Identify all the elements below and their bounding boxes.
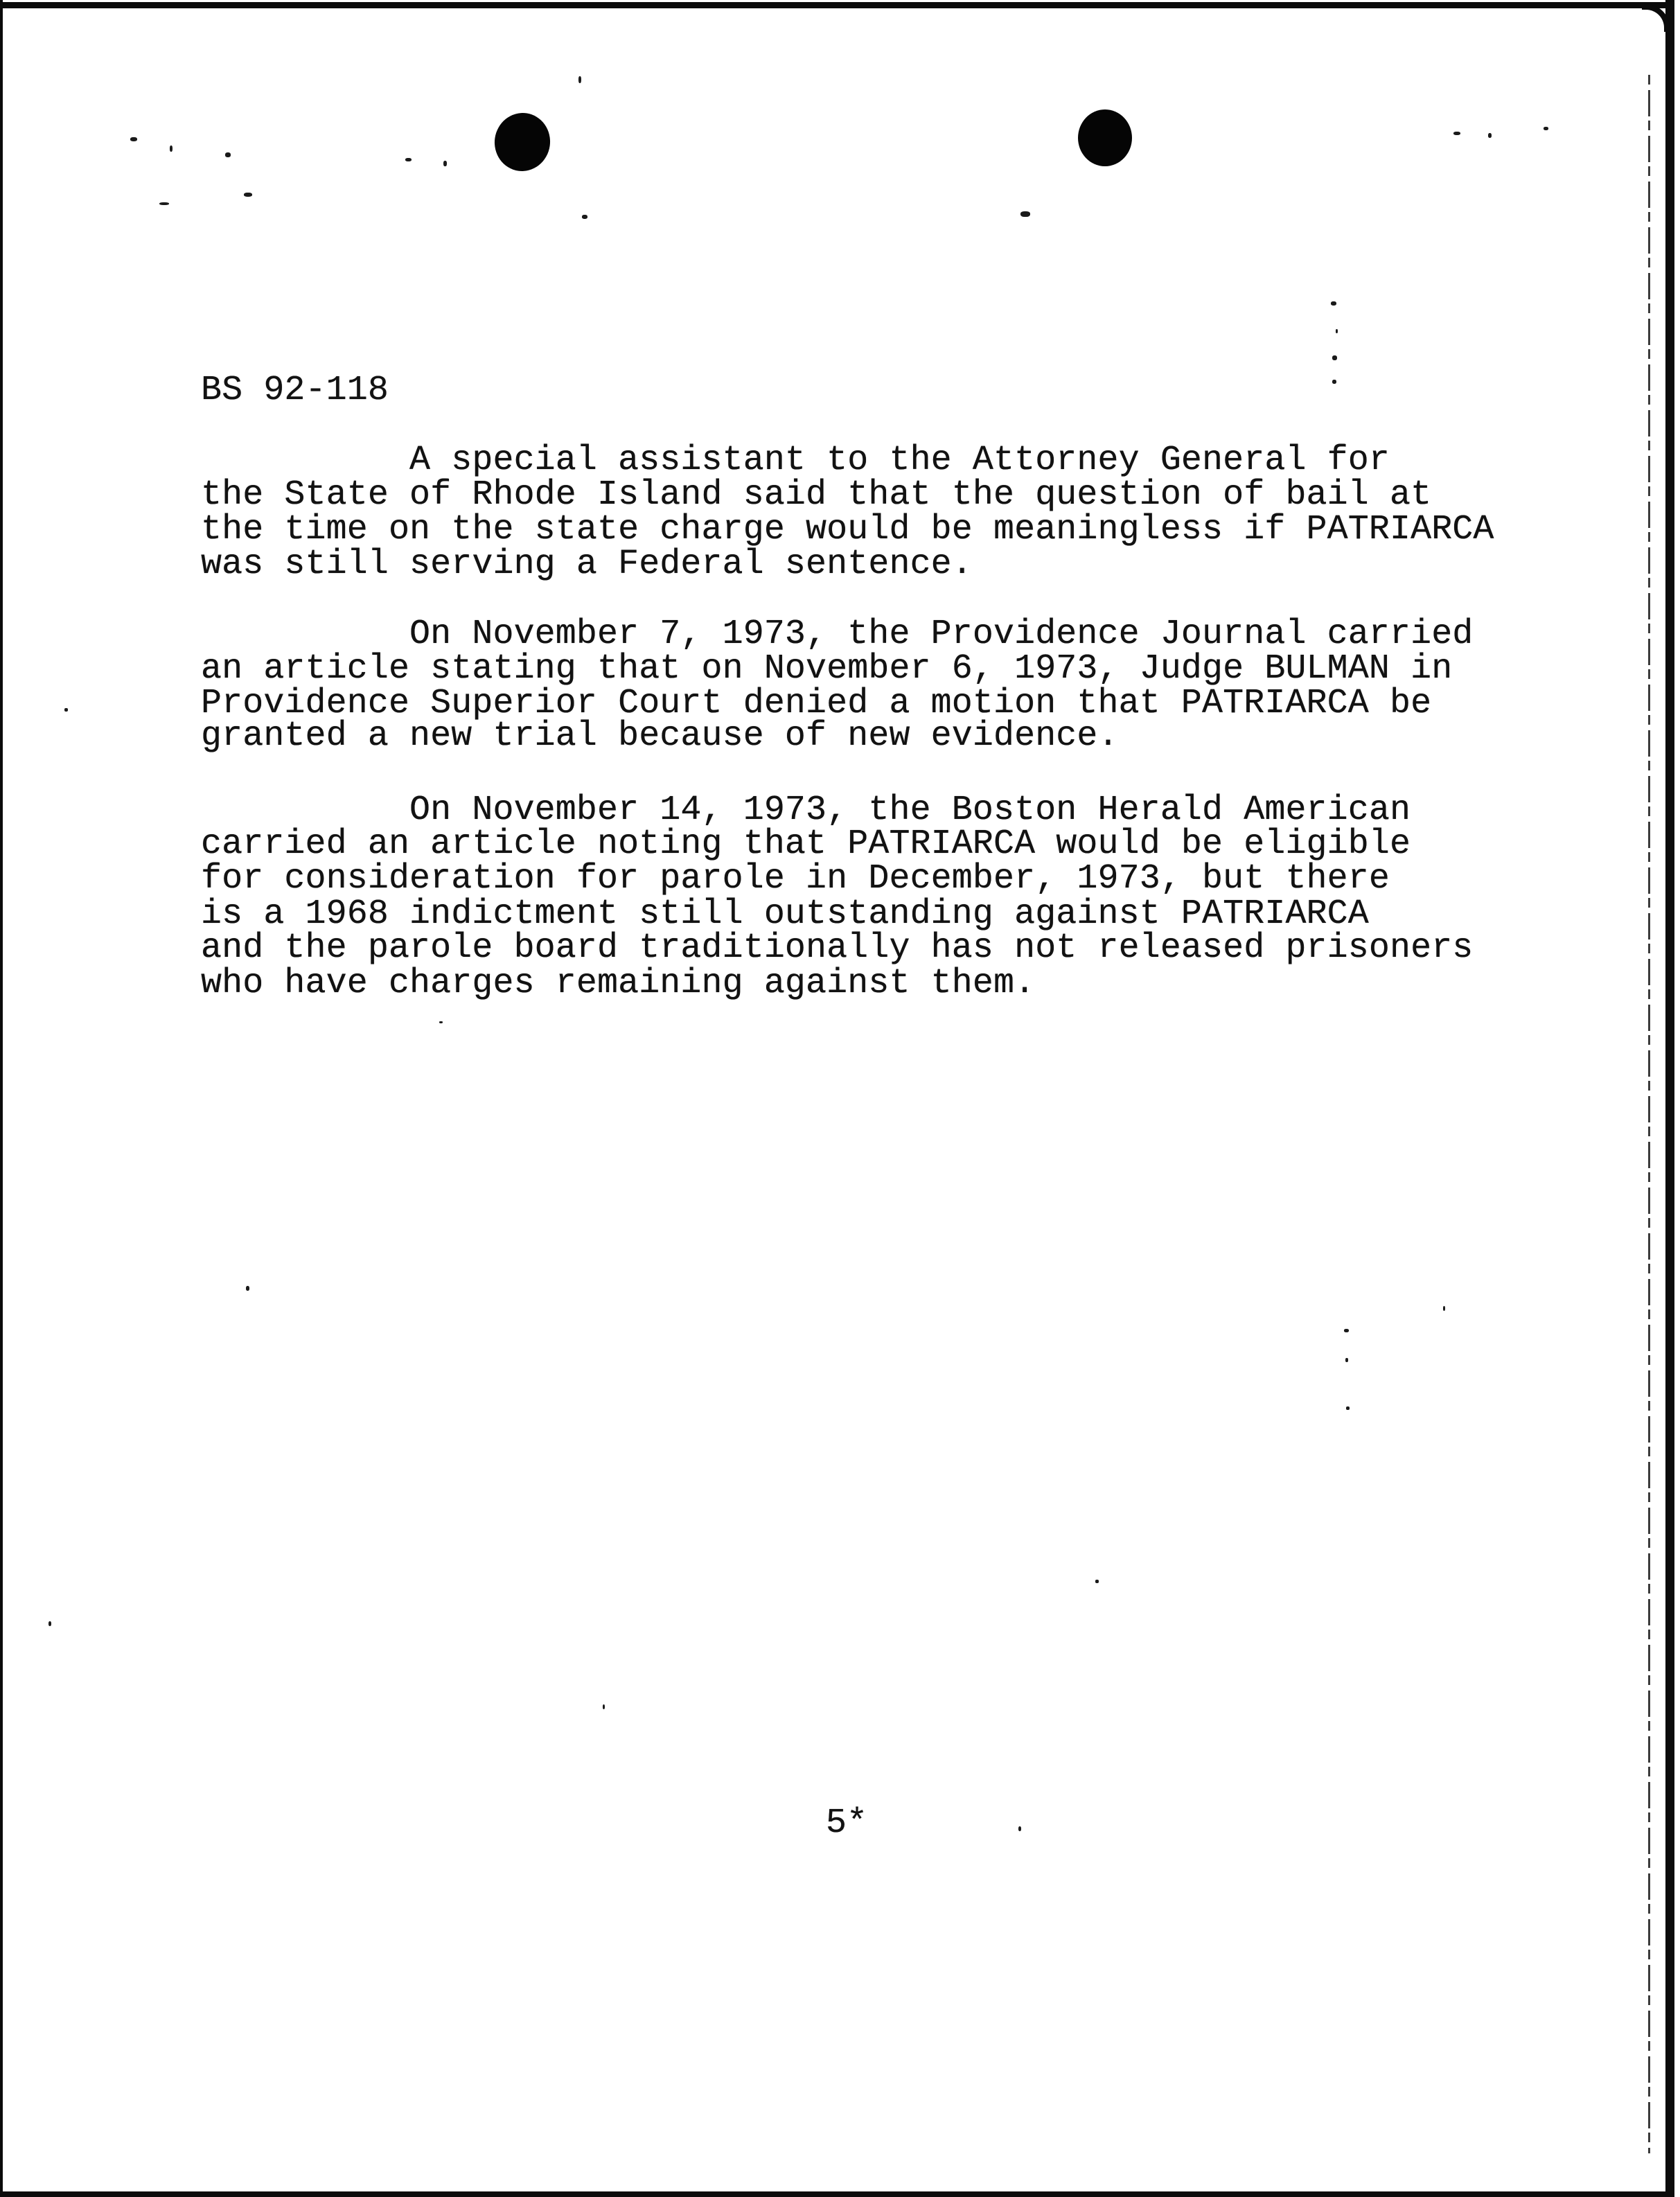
scan-edge-bottom	[0, 2191, 1670, 2197]
paragraph-line: for consideration for parole in December…	[201, 862, 1390, 897]
scan-dotted-line	[1648, 75, 1650, 2153]
scan-speck	[1346, 1406, 1350, 1410]
paragraph-line: A special assistant to the Attorney Gene…	[201, 443, 1390, 478]
paragraph-line: and the parole board traditionally has n…	[201, 931, 1473, 966]
page-number: 5*	[826, 1806, 867, 1841]
scan-speck	[1332, 355, 1337, 360]
scan-speck	[1018, 1826, 1021, 1831]
scan-speck	[225, 152, 231, 157]
punch-hole-icon	[491, 109, 554, 175]
scan-speck	[1443, 1306, 1445, 1311]
scan-speck	[64, 708, 68, 712]
paragraph-line: is a 1968 indictment still outstanding a…	[201, 897, 1369, 932]
scan-speck	[244, 193, 252, 197]
scan-speck	[1331, 301, 1336, 306]
paragraph-line: the time on the state charge would be me…	[201, 513, 1494, 547]
scan-speck	[582, 215, 587, 219]
paragraph-line: the State of Rhode Island said that the …	[201, 478, 1431, 513]
scan-speck	[170, 145, 173, 152]
scan-speck	[443, 161, 447, 166]
scan-speck	[1345, 1358, 1348, 1362]
scan-speck	[1344, 1329, 1349, 1332]
scan-speck	[1332, 380, 1336, 384]
scan-speck	[130, 137, 137, 141]
scan-edge-right	[1665, 0, 1674, 2197]
scan-speck	[578, 76, 581, 83]
scan-speck	[48, 1621, 51, 1626]
scan-speck	[1488, 133, 1492, 138]
scan-speck	[159, 202, 169, 205]
paragraph-line: an article stating that on November 6, 1…	[201, 652, 1452, 687]
paragraph-line: granted a new trial because of new evide…	[201, 719, 1119, 754]
paragraph-line: On November 7, 1973, the Providence Jour…	[201, 617, 1473, 652]
scan-edge-left	[0, 0, 3, 2197]
paragraph-line: carried an article noting that PATRIARCA…	[201, 827, 1411, 862]
scan-speck	[1095, 1580, 1099, 1583]
scan-speck	[1020, 211, 1030, 217]
scan-edge-right-margin	[1674, 0, 1680, 2197]
file-number: BS 92-118	[201, 373, 389, 408]
scan-speck	[1544, 127, 1548, 130]
scan-speck	[1336, 329, 1338, 333]
scan-edge-top	[0, 2, 1665, 8]
scan-speck	[603, 1704, 605, 1709]
scan-speck	[246, 1286, 249, 1291]
paragraph-line: On November 14, 1973, the Boston Herald …	[201, 793, 1411, 828]
document-page: BS 92-118 A special assistant to the Att…	[0, 0, 1680, 2197]
scan-speck	[1453, 132, 1460, 135]
paragraph-line: who have charges remaining against them.	[201, 967, 1035, 1001]
punch-hole-icon	[1078, 109, 1132, 166]
scan-speck	[439, 1021, 443, 1023]
paragraph-line: was still serving a Federal sentence.	[201, 547, 973, 582]
scan-speck	[405, 158, 412, 161]
